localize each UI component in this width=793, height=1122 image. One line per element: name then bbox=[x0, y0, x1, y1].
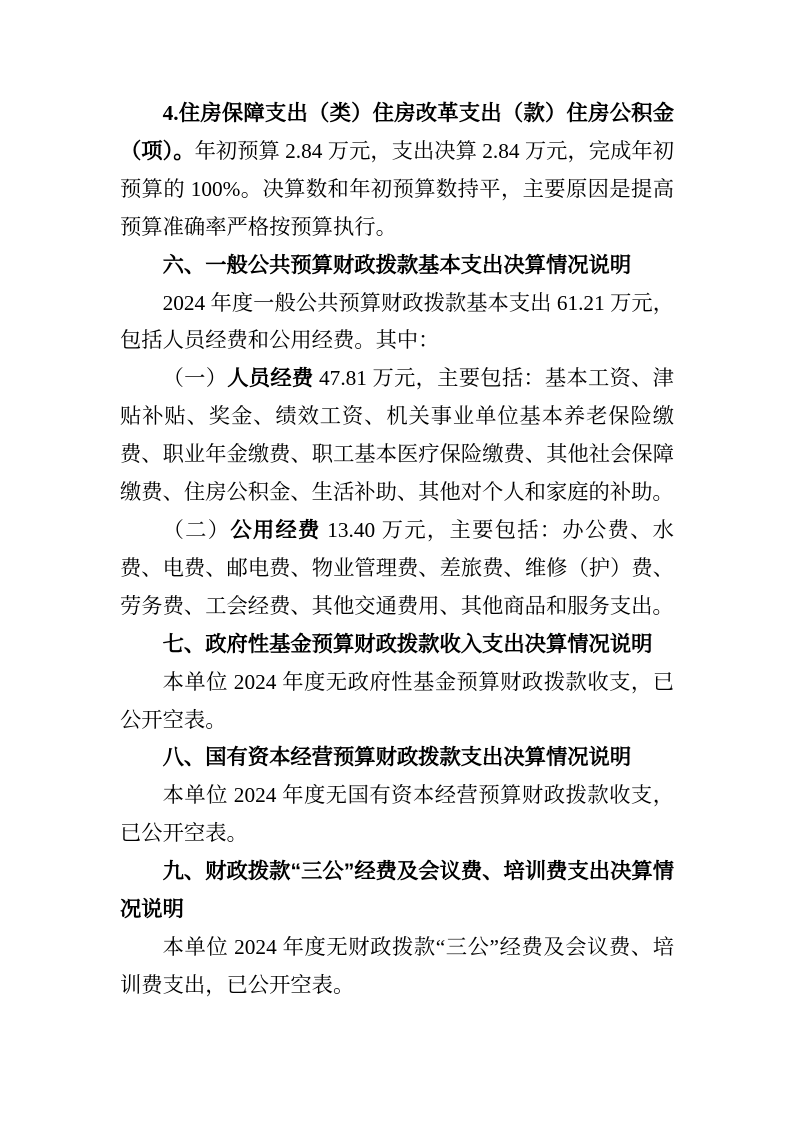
paragraph-personnel-funds: （一）人员经费 47.81 万元，主要包括：基本工资、津贴补贴、奖金、绩效工资、… bbox=[120, 360, 674, 512]
document-page: 4.住房保障支出（类）住房改革支出（款）住房公积金（项）。年初预算 2.84 万… bbox=[0, 0, 793, 1122]
document-body: 4.住房保障支出（类）住房改革支出（款）住房公积金（项）。年初预算 2.84 万… bbox=[120, 95, 674, 1005]
heading-section-8: 八、国有资本经营预算财政拨款支出决算情况说明 bbox=[120, 739, 674, 777]
paragraph-public-funds: （二）公用经费 13.40 万元，主要包括：办公费、水费、电费、邮电费、物业管理… bbox=[120, 512, 674, 626]
heading-section-9: 九、财政拨款“三公”经费及会议费、培训费支出决算情况说明 bbox=[120, 853, 674, 929]
paragraph-housing-text: 年初预算 2.84 万元，支出决算 2.84 万元，完成年初预算的 100%。决… bbox=[120, 139, 674, 239]
paragraph-public-term: 公用经费 bbox=[230, 518, 320, 542]
heading-section-6: 六、一般公共预算财政拨款基本支出决算情况说明 bbox=[120, 247, 674, 285]
paragraph-personnel-term: 人员经费 bbox=[227, 366, 313, 390]
paragraph-housing-expenditure: 4.住房保障支出（类）住房改革支出（款）住房公积金（项）。年初预算 2.84 万… bbox=[120, 95, 674, 247]
paragraph-personnel-prefix: （一） bbox=[163, 366, 228, 390]
paragraph-section6-intro: 2024 年度一般公共预算财政拨款基本支出 61.21 万元，包括人员经费和公用… bbox=[120, 285, 674, 361]
paragraph-section9: 本单位 2024 年度无财政拨款“三公”经费及会议费、培训费支出，已公开空表。 bbox=[120, 929, 674, 1005]
paragraph-section7: 本单位 2024 年度无政府性基金预算财政拨款收支，已公开空表。 bbox=[120, 664, 674, 740]
paragraph-section8: 本单位 2024 年度无国有资本经营预算财政拨款收支，已公开空表。 bbox=[120, 777, 674, 853]
paragraph-public-prefix: （二） bbox=[163, 518, 231, 542]
heading-section-7: 七、政府性基金预算财政拨款收入支出决算情况说明 bbox=[120, 626, 674, 664]
